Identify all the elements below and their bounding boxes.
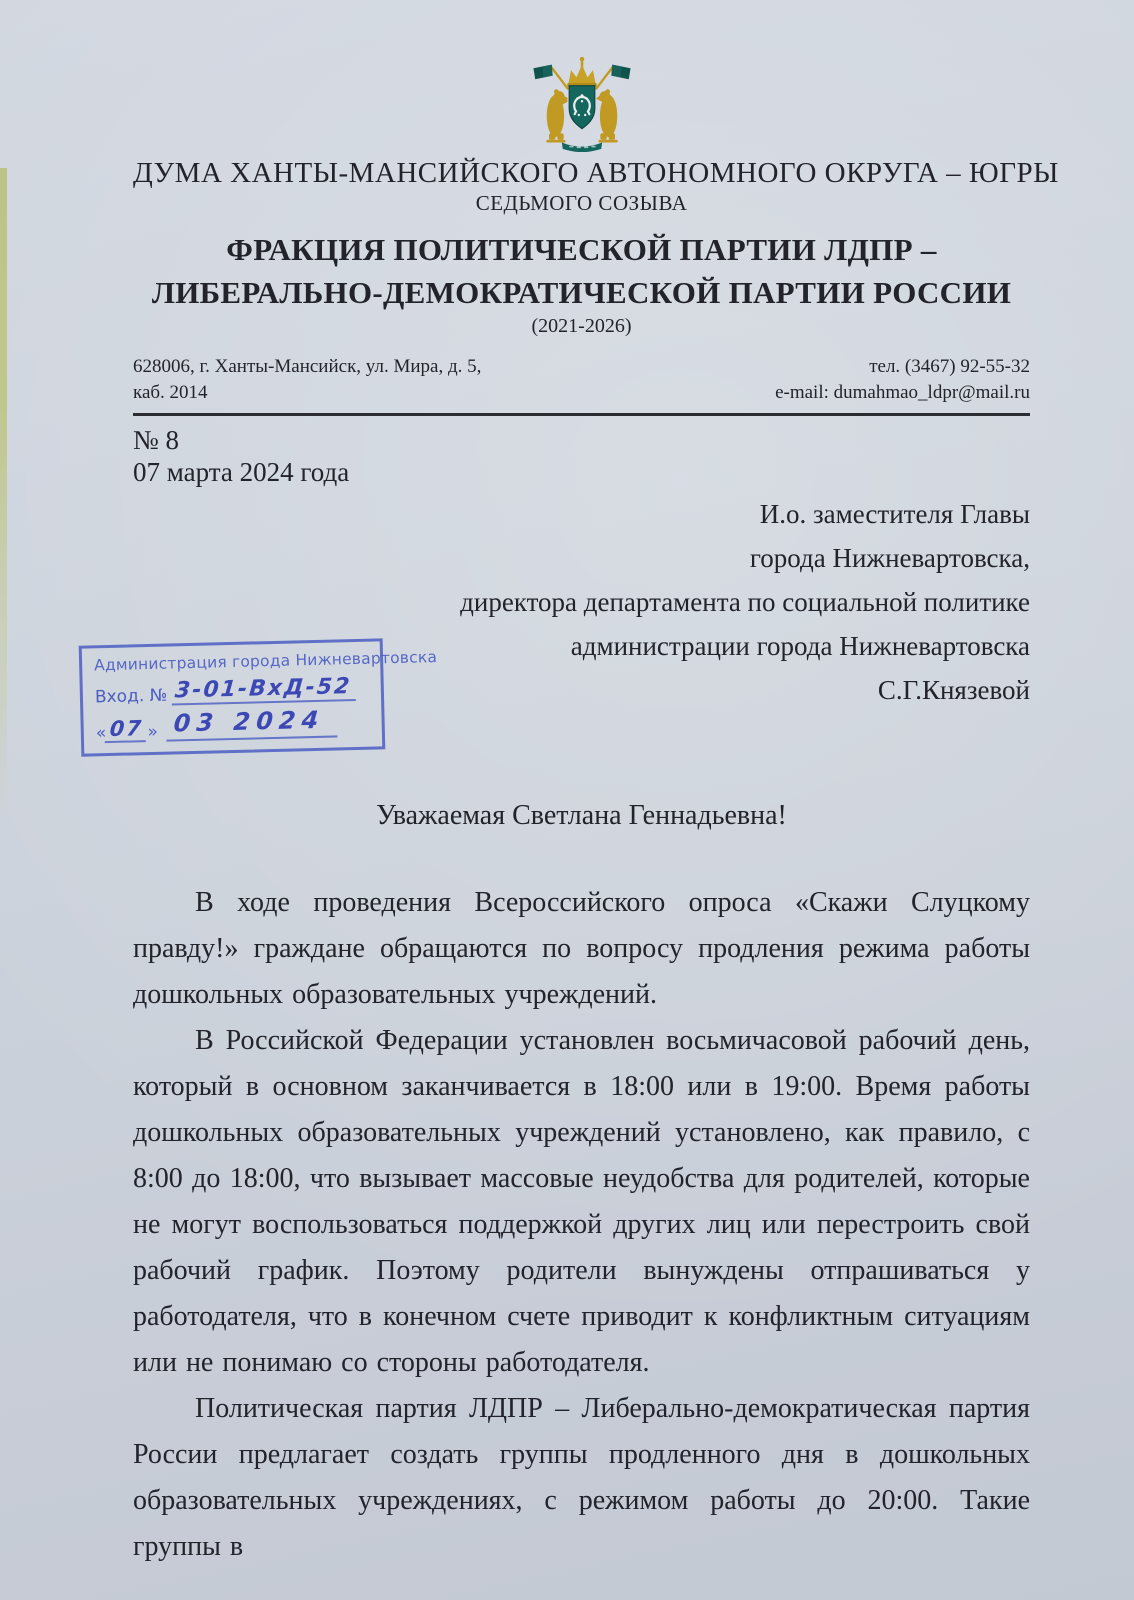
org-address-line1: 628006, г. Ханты-Мансийск, ул. Мира, д. … bbox=[133, 354, 481, 380]
org-address: 628006, г. Ханты-Мансийск, ул. Мира, д. … bbox=[133, 354, 481, 406]
stamp-month-year-handwritten: 03 2024 bbox=[166, 705, 339, 741]
salutation: Уважаемая Светлана Геннадьевна! bbox=[133, 800, 1030, 832]
faction-term: (2021-2026) bbox=[133, 314, 1030, 338]
reference-block: № 8 07 марта 2024 года bbox=[133, 424, 1030, 488]
recipient-line: города Нижневартовска, bbox=[133, 536, 1030, 580]
org-phone: тел. (3467) 92-55-32 bbox=[775, 354, 1030, 380]
recipient-line: директора департамента по социальной пол… bbox=[133, 580, 1030, 624]
coat-of-arms-icon bbox=[527, 56, 637, 152]
stamp-org-name: Администрация города Нижневартовска bbox=[94, 650, 370, 675]
faction-title-line1: ФРАКЦИЯ ПОЛИТИЧЕСКОЙ ПАРТИИ ЛДПР – bbox=[133, 228, 1030, 271]
stamp-date-row: « 07 » 03 2024 bbox=[95, 705, 372, 744]
stamp-day-handwritten: 07 bbox=[105, 716, 148, 743]
body-paragraph: В ходе проведения Всероссийского опроса … bbox=[133, 880, 1030, 1018]
org-name: ДУМА ХАНТЫ-МАНСИЙСКОГО АВТОНОМНОГО ОКРУГ… bbox=[133, 156, 1030, 190]
body-paragraph: Политическая партия ЛДПР – Либерально-де… bbox=[133, 1386, 1030, 1570]
scanned-letter-page: { "colors":{ "paper":"#ccd2db","ink":"#2… bbox=[0, 0, 1134, 1600]
stamp-incoming-number-handwritten: 3-01-ВхД-52 bbox=[172, 674, 359, 706]
letterhead-contacts: 628006, г. Ханты-Мансийск, ул. Мира, д. … bbox=[133, 354, 1030, 406]
faction-title: ФРАКЦИЯ ПОЛИТИЧЕСКОЙ ПАРТИИ ЛДПР – ЛИБЕР… bbox=[133, 228, 1030, 314]
org-address-line2: каб. 2014 bbox=[133, 380, 481, 406]
letter-body: В ходе проведения Всероссийского опроса … bbox=[133, 880, 1030, 1570]
faction-title-line2: ЛИБЕРАЛЬНО-ДЕМОКРАТИЧЕСКОЙ ПАРТИИ РОССИИ bbox=[133, 271, 1030, 314]
org-phone-email: тел. (3467) 92-55-32 e-mail: dumahmao_ld… bbox=[775, 354, 1030, 406]
org-convocation: СЕДЬМОГО СОЗЫВА bbox=[133, 190, 1030, 216]
reference-date: 07 марта 2024 года bbox=[133, 456, 1030, 488]
reference-number: № 8 bbox=[133, 424, 1030, 456]
recipient-line: И.о. заместителя Главы bbox=[133, 492, 1030, 536]
org-email: e-mail: dumahmao_ldpr@mail.ru bbox=[775, 380, 1030, 406]
stamp-quote-close: » bbox=[147, 722, 158, 742]
stamp-incoming-number-row: Вход. № 3-01-ВхД-52 bbox=[95, 674, 372, 708]
body-paragraph: В Российской Федерации установлен восьми… bbox=[133, 1018, 1030, 1386]
incoming-mail-stamp: Администрация города Нижневартовска Вход… bbox=[79, 638, 386, 756]
letterhead-divider bbox=[133, 413, 1030, 416]
letter-sheet: ДУМА ХАНТЫ-МАНСИЙСКОГО АВТОНОМНОГО ОКРУГ… bbox=[0, 0, 1134, 1600]
stamp-incoming-label: Вход. № bbox=[95, 686, 168, 708]
